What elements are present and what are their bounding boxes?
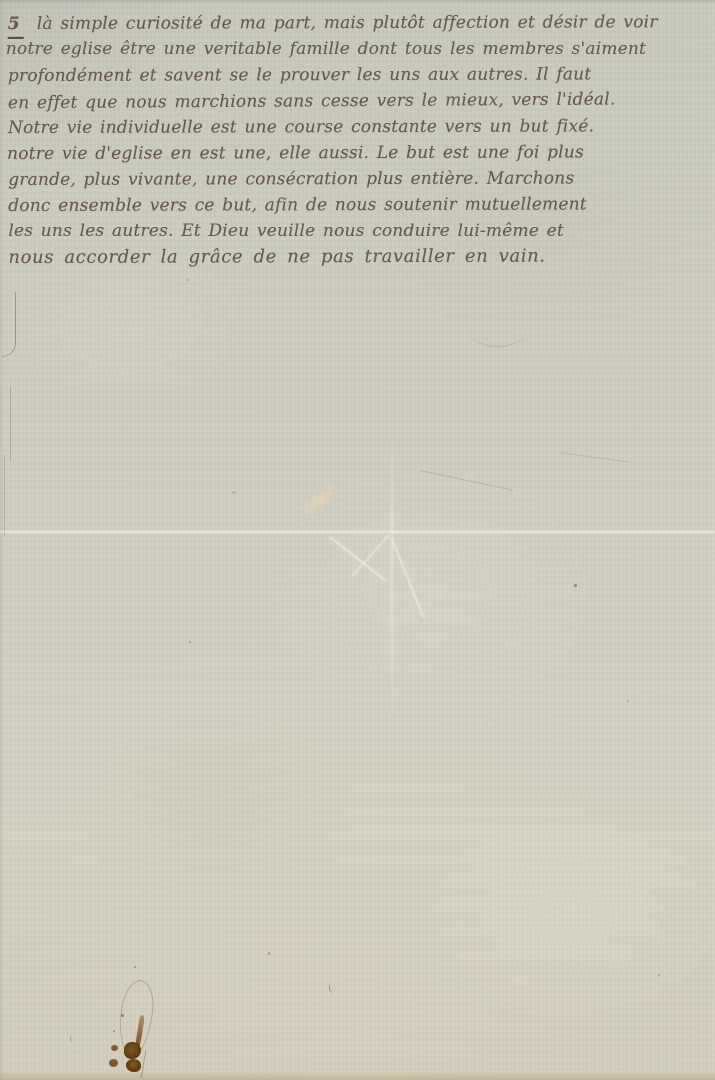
paper-speck [189, 641, 191, 643]
paper-speck [574, 584, 577, 587]
ink-blot-dot [109, 1059, 118, 1067]
paper-speck [658, 974, 660, 976]
ink-blot-stain [60, 960, 170, 1080]
handwritten-line: les uns les autres. Et Dieu veuille nous… [8, 218, 709, 244]
ink-blot-speck [121, 1014, 124, 1017]
scanned-letter-page: 5là simple curiosité de ma part, mais pl… [0, 0, 715, 1080]
smudge-stain [300, 482, 338, 518]
scratch-mark [560, 452, 629, 463]
handwritten-line: notre eglise être une veritable famille … [6, 36, 707, 62]
handwritten-line: nous accorder la grâce de ne pas travail… [8, 243, 709, 271]
handwritten-line: 5là simple curiosité de ma part, mais pl… [8, 9, 709, 37]
handwritten-line: notre vie d'eglise en est une, elle auss… [7, 139, 708, 167]
scratch-mark [420, 470, 513, 491]
page-number: 5 [8, 11, 24, 39]
ink-blot-scratch [141, 1050, 147, 1078]
handwritten-line: Notre vie individuelle est une course co… [8, 113, 709, 141]
pencil-mark [2, 292, 16, 357]
ink-blot-blob [126, 1059, 141, 1072]
diagonal-crease [391, 538, 424, 617]
page-top-edge [0, 0, 715, 4]
paper-speck [268, 952, 270, 955]
handwritten-text-block: 5là simple curiosité de ma part, mais pl… [8, 9, 710, 271]
horizontal-fold-crease [0, 529, 715, 535]
diagonal-crease [330, 536, 386, 580]
page-left-edge [0, 0, 4, 1080]
scratch-mark [470, 332, 525, 347]
handwritten-line-text: là simple curiosité de ma part, mais plu… [37, 12, 658, 34]
ink-blot-mark [70, 1036, 75, 1042]
handwritten-line: donc ensemble vers ce but, afin de nous … [8, 191, 709, 219]
ink-blot-speck [113, 1030, 115, 1032]
vertical-fold-crease [391, 430, 393, 720]
ink-blot-dot [111, 1045, 118, 1051]
pencil-mark [4, 455, 5, 535]
paper-speck [186, 279, 189, 281]
handwritten-line: grande, plus vivante, une consécration p… [8, 165, 709, 193]
handwritten-line: en effet que nous marchions sans cesse v… [8, 86, 709, 116]
paper-speck [328, 982, 337, 993]
handwritten-line: profondément et savent se le prouver les… [8, 61, 709, 89]
pencil-mark [10, 386, 11, 462]
paper-speck [232, 491, 236, 494]
ink-blot-blob [124, 1042, 141, 1059]
ink-blot-speck [134, 966, 136, 968]
paper-speck [627, 700, 629, 702]
